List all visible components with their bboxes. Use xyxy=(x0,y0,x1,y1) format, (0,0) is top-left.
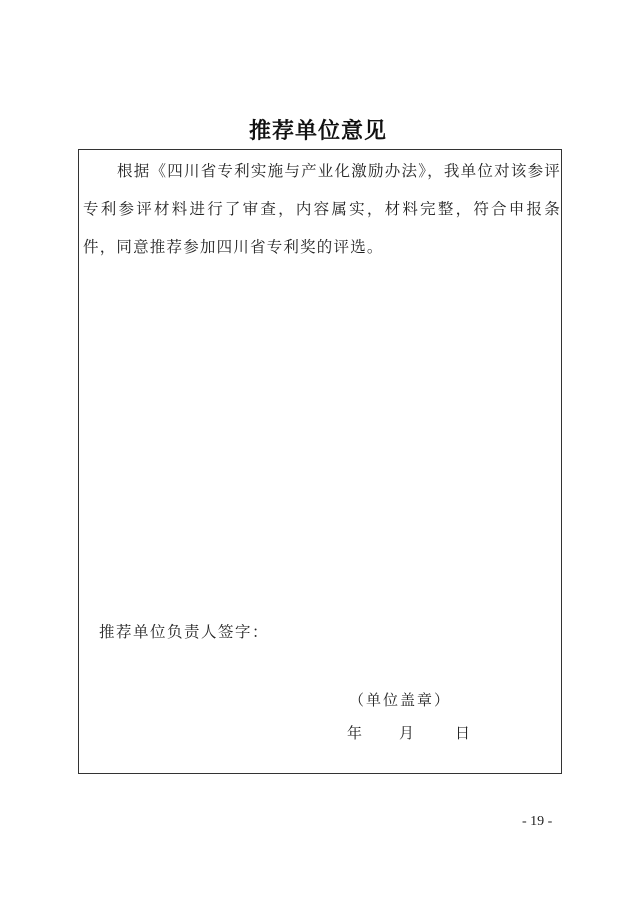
date-row: 年 月 日 xyxy=(347,722,470,743)
unit-seal-label: （单位盖章） xyxy=(349,689,451,710)
page-number: - 19 - xyxy=(522,814,552,830)
date-year-label: 年 xyxy=(347,722,399,743)
page-title: 推荐单位意见 xyxy=(0,116,636,146)
signer-signature-label: 推荐单位负责人签字： xyxy=(99,620,269,642)
date-day-label: 日 xyxy=(455,722,470,743)
date-month-label: 月 xyxy=(399,722,455,743)
recommendation-opinion-box: 根据《四川省专利实施与产业化激励办法》，我单位对该参评专利参评材料进行了审查，内… xyxy=(78,149,562,774)
opinion-text-block: 根据《四川省专利实施与产业化激励办法》，我单位对该参评专利参评材料进行了审查，内… xyxy=(83,152,561,266)
opinion-text: 根据《四川省专利实施与产业化激励办法》，我单位对该参评专利参评材料进行了审查，内… xyxy=(83,162,561,256)
